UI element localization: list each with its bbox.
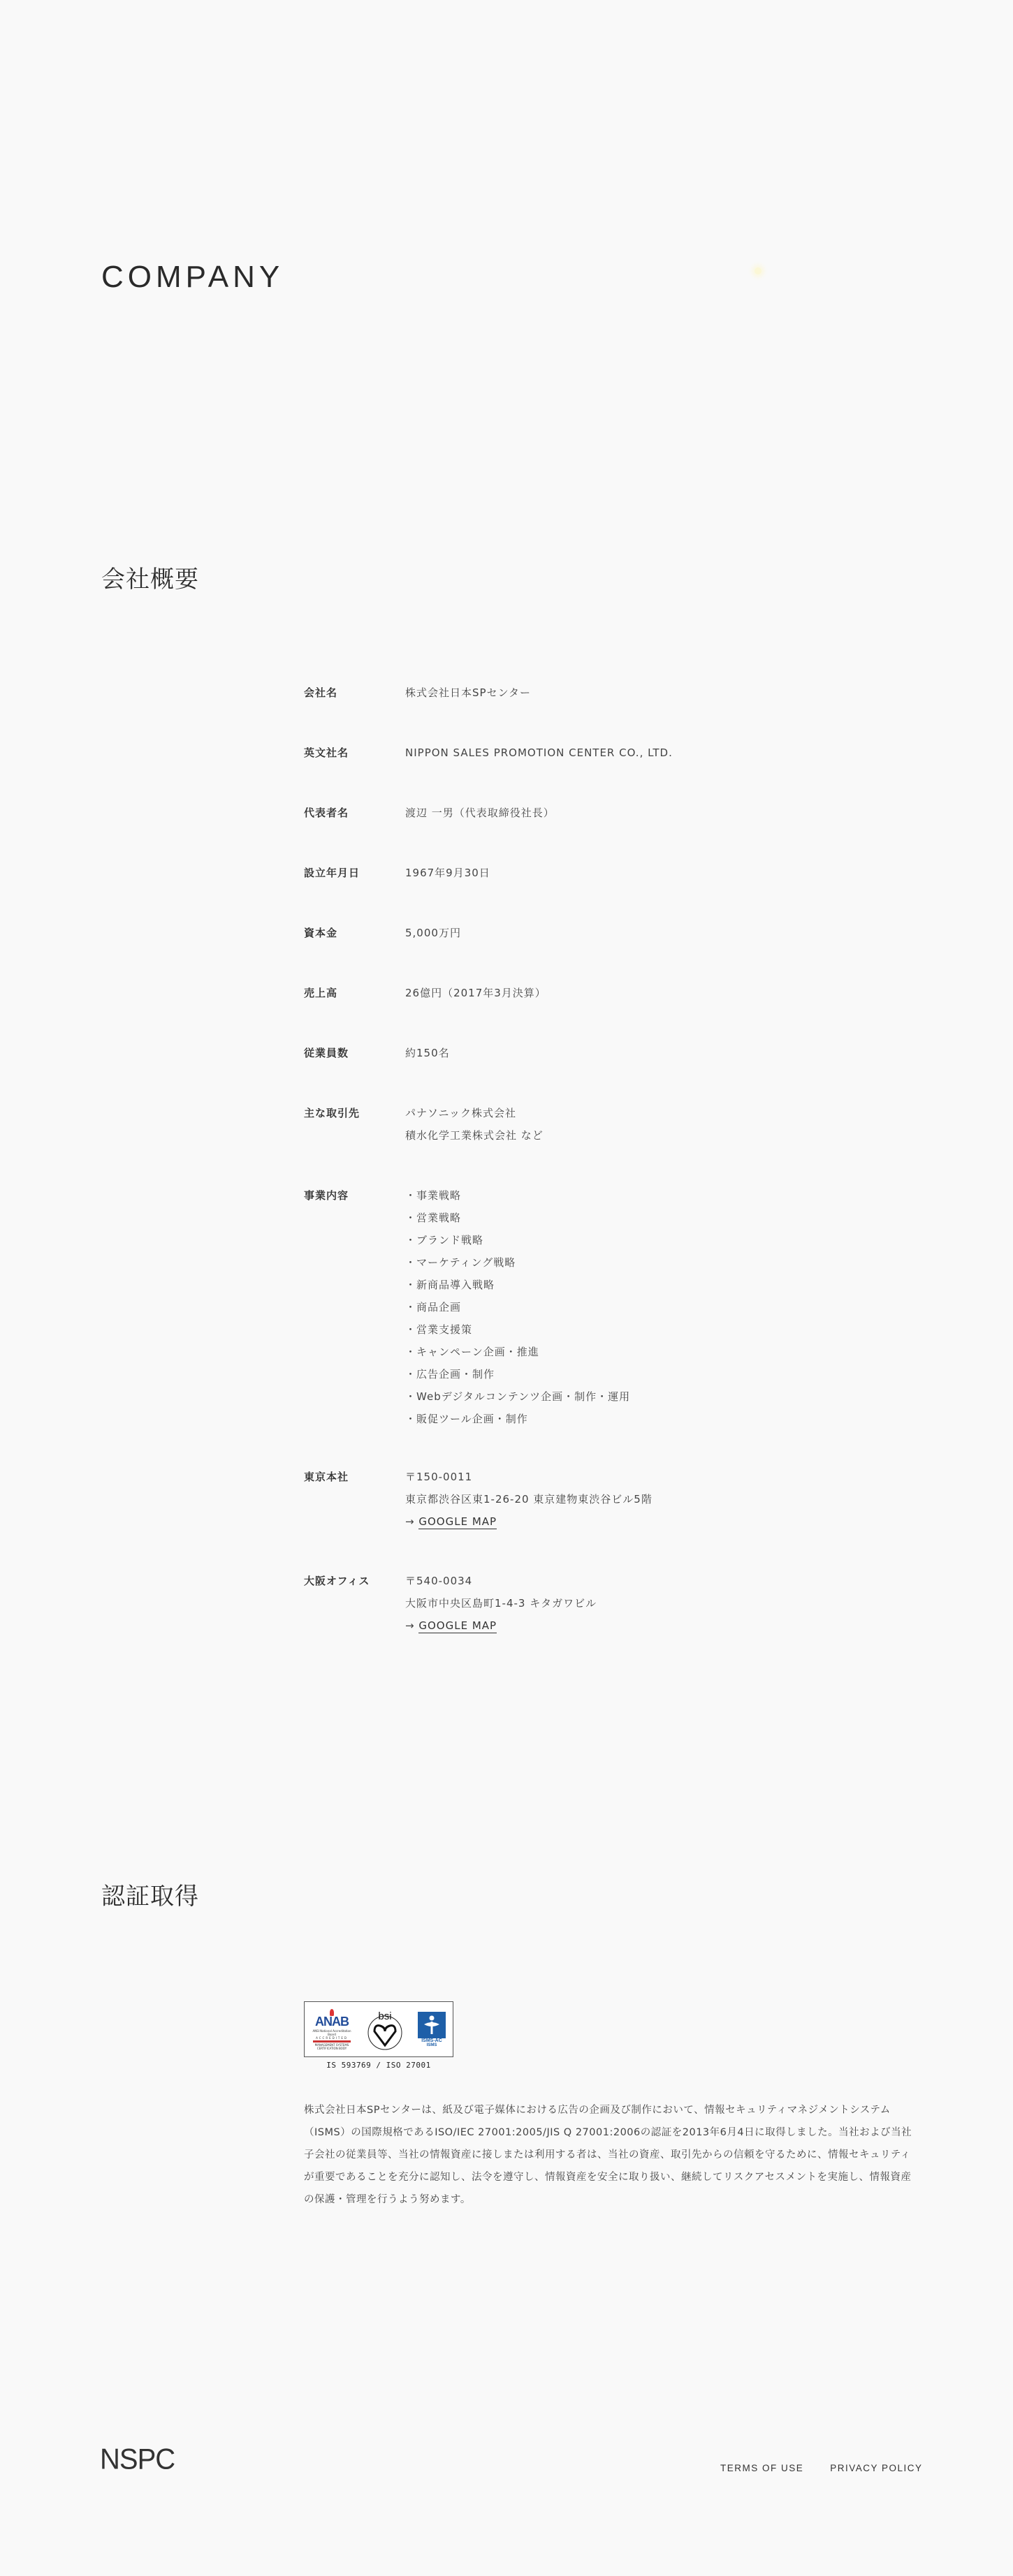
svg-text:bsi: bsi bbox=[378, 2010, 391, 2022]
row-value: NIPPON SALES PROMOTION CENTER CO., LTD. bbox=[405, 742, 673, 764]
certification-badge: ANAB ANSI National Accreditation Board A… bbox=[304, 2001, 453, 2057]
row-label: 会社名 bbox=[304, 682, 405, 704]
footer-logo[interactable]: NSPC bbox=[100, 2443, 175, 2476]
info-row-representative: 代表者名 渡辺 一男（代表取締役社長） bbox=[304, 802, 555, 824]
info-row-english-name: 英文社名 NIPPON SALES PROMOTION CENTER CO., … bbox=[304, 742, 673, 764]
info-row-clients: 主な取引先 パナソニック株式会社 積水化学工業株式会社 など bbox=[304, 1102, 544, 1147]
business-item: 事業戦略 bbox=[405, 1184, 630, 1207]
map-link-row: → GOOGLE MAP bbox=[405, 1510, 653, 1533]
row-label: 大阪オフィス bbox=[304, 1570, 405, 1637]
row-value: 1967年9月30日 bbox=[405, 862, 490, 884]
business-item: 販促ツール企画・制作 bbox=[405, 1408, 630, 1430]
business-item: ブランド戦略 bbox=[405, 1229, 630, 1251]
postal-code: 〒540-0034 bbox=[405, 1570, 597, 1592]
business-item: 新商品導入戦略 bbox=[405, 1274, 630, 1296]
business-item: マーケティング戦略 bbox=[405, 1251, 630, 1274]
row-value: 約150名 bbox=[405, 1042, 450, 1064]
bsi-kitemark-logo: bsi bbox=[365, 2008, 405, 2051]
info-row-employees: 従業員数 約150名 bbox=[304, 1042, 450, 1064]
row-label: 主な取引先 bbox=[304, 1102, 405, 1147]
business-item: 営業支援策 bbox=[405, 1318, 630, 1341]
footer-nav: TERMS OF USE PRIVACY POLICY bbox=[720, 2463, 923, 2473]
info-row-established: 設立年月日 1967年9月30日 bbox=[304, 862, 490, 884]
certification-number: IS 593769 / ISO 27001 bbox=[304, 2061, 453, 2070]
row-label: 英文社名 bbox=[304, 742, 405, 764]
postal-code: 〒150-0011 bbox=[405, 1466, 653, 1488]
row-value: 5,000万円 bbox=[405, 922, 461, 944]
business-item: 広告企画・制作 bbox=[405, 1363, 630, 1385]
section-title-certification: 認証取得 bbox=[101, 1877, 199, 1911]
address: 東京都渋谷区東1-26-20 東京建物東渋谷ビル5階 bbox=[405, 1488, 653, 1510]
row-label: 従業員数 bbox=[304, 1042, 405, 1064]
business-item: 商品企画 bbox=[405, 1296, 630, 1318]
row-label: 事業内容 bbox=[304, 1184, 405, 1430]
map-link-row: → GOOGLE MAP bbox=[405, 1614, 597, 1637]
terms-of-use-link[interactable]: TERMS OF USE bbox=[720, 2463, 803, 2473]
business-item: Webデジタルコンテンツ企画・制作・運用 bbox=[405, 1385, 630, 1408]
address: 大阪市中央区島町1-4-3 キタガワビル bbox=[405, 1592, 597, 1614]
certification-description: 株式会社日本SPセンターは、紙及び電子媒体における広告の企画及び制作において、情… bbox=[304, 2099, 913, 2211]
row-value: 渡辺 一男（代表取締役社長） bbox=[405, 802, 555, 824]
row-label: 資本金 bbox=[304, 922, 405, 944]
arrow-right-icon: → bbox=[405, 1515, 415, 1528]
google-map-link-tokyo[interactable]: GOOGLE MAP bbox=[418, 1515, 497, 1529]
row-value: パナソニック株式会社 積水化学工業株式会社 など bbox=[405, 1102, 544, 1147]
office-details: 〒540-0034 大阪市中央区島町1-4-3 キタガワビル → GOOGLE … bbox=[405, 1570, 597, 1637]
privacy-policy-link[interactable]: PRIVACY POLICY bbox=[830, 2463, 922, 2473]
row-value: 株式会社日本SPセンター bbox=[405, 682, 531, 704]
anab-logo: ANAB ANSI National Accreditation Board A… bbox=[310, 2009, 354, 2050]
office-details: 〒150-0011 東京都渋谷区東1-26-20 東京建物東渋谷ビル5階 → G… bbox=[405, 1466, 653, 1533]
row-label: 東京本社 bbox=[304, 1466, 405, 1533]
arrow-right-icon: → bbox=[405, 1619, 415, 1632]
bsi-kitemark-icon: bsi bbox=[365, 2008, 405, 2051]
page-title: COMPANY bbox=[101, 260, 284, 295]
info-row-business: 事業内容 事業戦略 営業戦略 ブランド戦略 マーケティング戦略 新商品導入戦略 … bbox=[304, 1184, 630, 1430]
row-value: 26億円（2017年3月決算） bbox=[405, 982, 546, 1004]
business-item: キャンペーン企画・推進 bbox=[405, 1341, 630, 1363]
info-row-osaka-office: 大阪オフィス 〒540-0034 大阪市中央区島町1-4-3 キタガワビル → … bbox=[304, 1570, 597, 1637]
business-item: 営業戦略 bbox=[405, 1207, 630, 1229]
business-list: 事業戦略 営業戦略 ブランド戦略 マーケティング戦略 新商品導入戦略 商品企画 … bbox=[405, 1184, 630, 1430]
client-item: 積水化学工業株式会社 など bbox=[405, 1124, 544, 1147]
certification-logos: ANAB ANSI National Accreditation Board A… bbox=[304, 2001, 453, 2070]
info-row-company-name: 会社名 株式会社日本SPセンター bbox=[304, 682, 531, 704]
row-label: 代表者名 bbox=[304, 802, 405, 824]
section-title-overview: 会社概要 bbox=[101, 560, 199, 594]
client-item: パナソニック株式会社 bbox=[405, 1102, 544, 1124]
isms-ac-logo: ISMS-AC ISMS bbox=[416, 2012, 447, 2047]
info-row-tokyo-office: 東京本社 〒150-0011 東京都渋谷区東1-26-20 東京建物東渋谷ビル5… bbox=[304, 1466, 653, 1533]
google-map-link-osaka[interactable]: GOOGLE MAP bbox=[418, 1619, 497, 1633]
info-row-sales: 売上高 26億円（2017年3月決算） bbox=[304, 982, 546, 1004]
info-row-capital: 資本金 5,000万円 bbox=[304, 922, 461, 944]
decorative-sparkle bbox=[755, 267, 761, 274]
row-label: 設立年月日 bbox=[304, 862, 405, 884]
row-label: 売上高 bbox=[304, 982, 405, 1004]
isms-mark-icon bbox=[423, 2015, 441, 2036]
